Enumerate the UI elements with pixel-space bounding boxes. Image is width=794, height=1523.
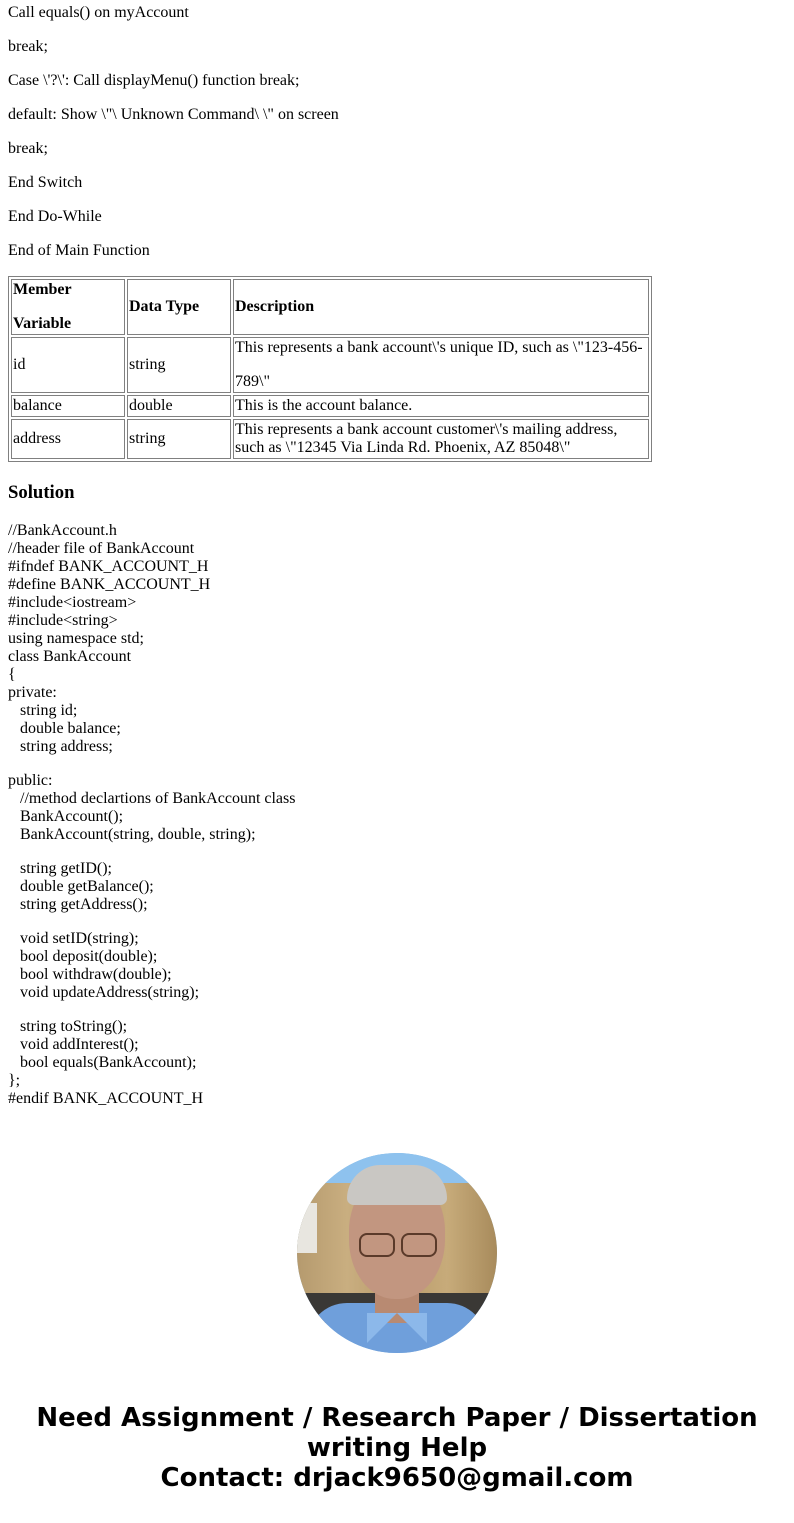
code-line: public: (8, 772, 786, 790)
code-line: using namespace std; (8, 630, 786, 648)
code-line: string address; (8, 738, 786, 756)
table-row: id string This represents a bank account… (11, 337, 649, 393)
header-text: Variable (13, 315, 123, 333)
pseudocode-line: break; (8, 38, 786, 56)
pseudocode-line: Call equals() on myAccount (8, 4, 786, 22)
table-row: balance double This is the account balan… (11, 395, 649, 417)
document-body: Call equals() on myAccount break; Case \… (0, 4, 794, 1108)
code-line: void addInterest(); (8, 1036, 786, 1054)
promo-line: Need Assignment / Research Paper / Disse… (0, 1403, 794, 1433)
header-description: Description (233, 279, 649, 335)
author-avatar-photo (297, 1153, 497, 1353)
cell-type: string (127, 419, 231, 459)
code-blank-line (8, 1002, 786, 1018)
solution-heading: Solution (8, 482, 786, 504)
cell-member: id (11, 337, 125, 393)
code-line: string id; (8, 702, 786, 720)
code-line: { (8, 666, 786, 684)
code-blank-line (8, 914, 786, 930)
code-block: //BankAccount.h //header file of BankAcc… (8, 522, 786, 1108)
code-line: #include<iostream> (8, 594, 786, 612)
avatar-hair (347, 1165, 447, 1205)
pseudocode-line: End Do-While (8, 208, 786, 226)
cell-type: double (127, 395, 231, 417)
cell-description: This represents a bank account customer\… (233, 419, 649, 459)
code-line: void updateAddress(string); (8, 984, 786, 1002)
code-line: //BankAccount.h (8, 522, 786, 540)
glasses-icon (359, 1233, 395, 1257)
code-line: void setID(string); (8, 930, 786, 948)
cell-member: address (11, 419, 125, 459)
header-member-variable: Member Variable (11, 279, 125, 335)
pseudocode-line: default: Show \"\ Unknown Command\ \" on… (8, 106, 786, 124)
code-line: string toString(); (8, 1018, 786, 1036)
cell-member: balance (11, 395, 125, 417)
code-line: double balance; (8, 720, 786, 738)
code-line: //method declartions of BankAccount clas… (8, 790, 786, 808)
code-line: bool withdraw(double); (8, 966, 786, 984)
code-line: }; (8, 1072, 786, 1090)
description-text: 789\" (235, 373, 647, 391)
code-line: BankAccount(string, double, string); (8, 826, 786, 844)
pseudocode-line: End of Main Function (8, 242, 786, 260)
code-line: string getID(); (8, 860, 786, 878)
code-line: class BankAccount (8, 648, 786, 666)
glasses-icon (401, 1233, 437, 1257)
table-row: address string This represents a bank ac… (11, 419, 649, 459)
code-line: string getAddress(); (8, 896, 786, 914)
code-line: bool deposit(double); (8, 948, 786, 966)
avatar-collar (367, 1313, 397, 1343)
promo-banner: Need Assignment / Research Paper / Disse… (0, 1403, 794, 1493)
pseudocode-line: break; (8, 140, 786, 158)
promo-contact: Contact: drjack9650@gmail.com (0, 1463, 794, 1493)
code-line: private: (8, 684, 786, 702)
code-line: #endif BANK_ACCOUNT_H (8, 1090, 786, 1108)
avatar-collar (397, 1313, 427, 1343)
code-line: BankAccount(); (8, 808, 786, 826)
table-header-row: Member Variable Data Type Description (11, 279, 649, 335)
code-line: double getBalance(); (8, 878, 786, 896)
pseudocode-line: End Switch (8, 174, 786, 192)
code-line: #ifndef BANK_ACCOUNT_H (8, 558, 786, 576)
code-line: #define BANK_ACCOUNT_H (8, 576, 786, 594)
description-text: This represents a bank account\'s unique… (235, 339, 643, 356)
code-line: //header file of BankAccount (8, 540, 786, 558)
header-text: Member (13, 281, 123, 299)
cell-type: string (127, 337, 231, 393)
code-line: bool equals(BankAccount); (8, 1054, 786, 1072)
cell-description: This is the account balance. (233, 395, 649, 417)
code-blank-line (8, 756, 786, 772)
cell-description: This represents a bank account\'s unique… (233, 337, 649, 393)
code-line: #include<string> (8, 612, 786, 630)
promo-line: writing Help (0, 1433, 794, 1463)
header-data-type: Data Type (127, 279, 231, 335)
pseudocode-line: Case \'?\': Call displayMenu() function … (8, 72, 786, 90)
avatar-background (297, 1203, 317, 1253)
member-variables-table: Member Variable Data Type Description id… (8, 276, 652, 462)
code-blank-line (8, 844, 786, 860)
